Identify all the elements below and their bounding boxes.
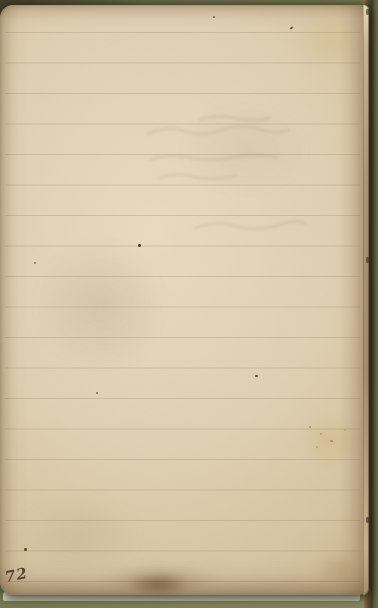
edge-notch <box>366 9 369 15</box>
page-edge-strip <box>363 5 369 595</box>
edge-notch <box>366 257 369 263</box>
notebook-page: 72 <box>0 5 369 595</box>
edge-notch <box>366 517 369 523</box>
page-vignette <box>0 5 369 595</box>
scan-background: 72 <box>0 0 378 608</box>
